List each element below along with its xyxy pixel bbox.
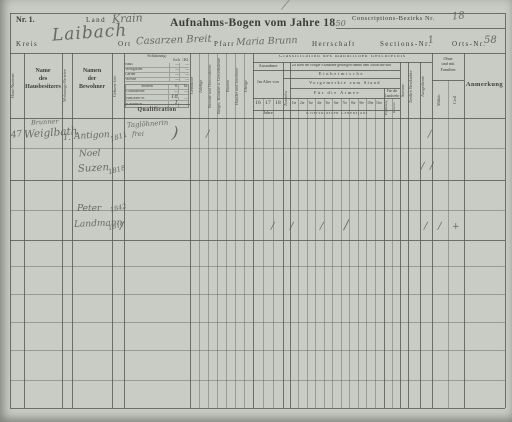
- column-header-hausbesitzer: Name des Hausbesitzers: [24, 68, 62, 91]
- schaetzung-row-v2: —: [179, 78, 189, 82]
- classification-note: Zu allen bei voriger Aufnahme gehörigen …: [284, 64, 399, 68]
- jahre-label: Jahre: [253, 111, 283, 116]
- entry-resident-2-name: Noel: [79, 150, 101, 160]
- entry-resident-1-name: Antigon: [74, 131, 110, 142]
- grid-line: [10, 380, 505, 381]
- grid-line: [217, 53, 218, 408]
- grid-line: [10, 13, 505, 14]
- section-number-label: Sections-Nr.: [380, 41, 432, 48]
- section-number-value: 1: [427, 36, 435, 47]
- armee-col-1: 1te: [290, 102, 298, 106]
- steuern-row-kr: —: [178, 90, 188, 94]
- orts-number-value: 58: [484, 36, 497, 46]
- pencil-check-mark: ∕: [282, 0, 290, 12]
- column-header-qualification: Qualification: [124, 108, 190, 114]
- grid-line: [199, 53, 200, 408]
- grid-line: [10, 148, 505, 149]
- grid-line: [253, 53, 254, 408]
- column-header-bauern: Bauern: [226, 56, 235, 116]
- vorgemerkte-band: Vorgemerkte zum Stand: [290, 81, 400, 85]
- column-header-haus-nr: Haus-Nummer: [11, 58, 23, 114]
- armee-footer: Altersklassen Lebensjahr: [290, 112, 384, 116]
- column-header-wohnparteien: Wohnungs-Parteien: [63, 58, 71, 114]
- steuern-title: Steuern: [126, 85, 168, 89]
- column-header-geburtsjahr: Geburts-Jahr: [113, 58, 123, 114]
- grid-line: [235, 53, 236, 408]
- entry-partei-number: 1.: [63, 134, 71, 143]
- grid-line: [208, 53, 209, 408]
- classification-title: Classification des männlichen Geschlecht…: [253, 55, 432, 60]
- grid-line: [298, 98, 299, 408]
- armee-band: Für die Armee: [290, 91, 384, 95]
- grid-line: [124, 104, 190, 105]
- entry-qualification-flourish: ): [171, 125, 179, 142]
- age-16: 16: [253, 101, 263, 107]
- grid-line: [408, 62, 409, 408]
- grid-line: [10, 294, 505, 295]
- column-header-ausgediente: Ausgediente: [421, 58, 431, 116]
- schaetzung-row-label: Weingärten: [125, 68, 169, 72]
- grid-line: [253, 70, 283, 71]
- grid-line: [10, 180, 505, 181]
- armee-col-2: 2te: [298, 102, 307, 106]
- age-17: 17: [263, 101, 273, 107]
- pfarr-label: Pfarr: [214, 41, 235, 48]
- family-col-militaer: Militär: [437, 84, 444, 116]
- schaetzung-row-v1: —: [169, 78, 179, 82]
- schaetzung-row-label: Wiesen: [125, 78, 169, 82]
- grid-line: [283, 70, 400, 71]
- tally-mark: ∕: [344, 219, 348, 232]
- grid-line: [10, 266, 505, 267]
- grid-line: [448, 80, 449, 408]
- landwehr-col-reserve: Reserve: [393, 99, 400, 117]
- tally-mark: ∕: [421, 162, 424, 172]
- ausnahme-title: Ausnahme: [253, 64, 283, 68]
- armee-col-10: 10te: [366, 102, 375, 106]
- landwehr-title: Für die Landwehr: [384, 89, 400, 98]
- schaetzung-row-label: Haus: [125, 63, 169, 67]
- grid-line: [464, 53, 465, 408]
- column-header-geistliche: Geistliche: [190, 56, 199, 116]
- tally-mark: ∕: [320, 222, 323, 232]
- grid-line: [384, 88, 385, 408]
- grid-line: [324, 98, 325, 408]
- grid-line: [315, 98, 316, 408]
- orts-number-label: Orts-Nr.: [452, 41, 486, 48]
- schaetzung-row-wiesen: Wiesen — —: [125, 78, 189, 83]
- herrschaft-label: Herrschaft: [312, 41, 356, 48]
- grid-line: [253, 110, 400, 111]
- form-title-year: 50: [336, 19, 346, 28]
- tally-mark: ∕: [424, 222, 427, 232]
- grid-line: [253, 62, 432, 63]
- steuern-row-label: Grundsteuer: [126, 90, 168, 94]
- grid-line: [10, 408, 505, 409]
- form-title: Aufnahms-Bogen vom Jahre 1850: [170, 13, 346, 31]
- family-col-civil: Civil: [453, 84, 460, 116]
- grid-line: [505, 13, 506, 408]
- grid-line: [283, 62, 284, 408]
- entry-qualification-line2: frei: [132, 131, 144, 138]
- grid-line: [283, 78, 400, 79]
- steuern-row-kr: —: [178, 97, 188, 101]
- sheet-number: Nr. 1.: [16, 16, 35, 24]
- grid-line: [10, 210, 505, 211]
- grid-line: [10, 350, 505, 351]
- grid-line: [432, 80, 464, 81]
- grid-line: [10, 322, 505, 323]
- column-header-uebrige: Übrige: [244, 56, 253, 116]
- grid-line: [366, 98, 367, 408]
- column-header-haeusler: Häusler und Inwohner: [235, 56, 244, 116]
- grid-line: [112, 53, 113, 408]
- einheimische-band: Einheimische: [283, 72, 400, 76]
- grid-line: [336, 28, 505, 29]
- grid-line: [392, 98, 393, 408]
- schaetzung-row-label: Gärten: [125, 73, 169, 77]
- grid-line: [375, 98, 376, 408]
- grid-line: [349, 98, 350, 408]
- plus-mark: +: [452, 223, 460, 232]
- column-header-bewohner: Namen der Bewohner: [72, 68, 112, 91]
- ort-value: Casarzen Breit: [136, 35, 212, 48]
- pfarr-value: Maria Brunn: [236, 36, 298, 48]
- grid-line: [290, 62, 291, 408]
- grid-line: [10, 240, 505, 241]
- grid-line: [253, 98, 400, 99]
- column-header-anmerkung: Anmerkung: [464, 82, 505, 89]
- grid-line: [263, 98, 264, 408]
- grid-line: [273, 98, 274, 408]
- grid-line: [24, 53, 25, 408]
- conscription-district-label: Conscriptions-Bezirks Nr.: [352, 16, 435, 23]
- grid-line: [10, 118, 505, 119]
- grid-line: [332, 98, 333, 408]
- grid-line: [432, 53, 433, 408]
- form-title-text: Aufnahms-Bogen vom Jahre 18: [170, 17, 336, 29]
- grid-line: [190, 53, 191, 408]
- entry-resident-3-name: Suzen: [78, 163, 109, 175]
- grid-line: [10, 53, 505, 54]
- column-header-buerger: Bürger, Künstler u. Gewerbsleute: [217, 56, 226, 116]
- grid-line: [226, 53, 227, 408]
- column-header-adelige: Adelige: [199, 56, 208, 116]
- grid-line: [62, 53, 63, 408]
- landwehr-col-ergaenzung: Ergänzung: [385, 99, 392, 117]
- grid-line: [307, 98, 308, 408]
- schaetzung-box: Schätzung: Joch □Kl. Haus — — Weingärten…: [125, 54, 189, 104]
- grid-line: [420, 62, 421, 408]
- tally-mark: ∕: [428, 130, 431, 140]
- tally-mark: ∕: [438, 222, 441, 232]
- grid-line: [124, 53, 125, 408]
- grid-line: [244, 53, 245, 408]
- entry-owner-line1: Brunner: [31, 118, 59, 126]
- ort-label: Ort: [118, 41, 132, 48]
- column-header-summe: Summe: [401, 66, 407, 116]
- column-header-beamte: Beamte und Honoratioren: [208, 56, 217, 116]
- family-group-title: Ohne und mit Familien: [432, 56, 464, 72]
- kreis-value: Laibach: [51, 22, 127, 44]
- armee-col-6: 6te: [332, 102, 341, 106]
- kreis-label: Kreis: [16, 41, 38, 48]
- steuern-row-label: Hauszins-St.: [126, 97, 168, 101]
- grid-line: [290, 88, 400, 89]
- grid-line: [400, 62, 401, 408]
- entry-house-number: 47: [10, 130, 23, 141]
- alter-von-label: Im Alter von: [253, 80, 283, 84]
- column-header-beurlaubte: Zeitlich Beurlaubte: [409, 58, 419, 116]
- armee-col-8: 8te: [349, 102, 358, 106]
- grid-line: [341, 98, 342, 408]
- grid-line: [72, 53, 73, 408]
- armee-col-4: 4te: [315, 102, 324, 106]
- age-18: 18: [273, 101, 283, 107]
- scanned-form-sheet: ∕ Nr. 1. Land Krain Aufnahms-Bogen vom J…: [0, 0, 512, 422]
- entry-qualification-line1: Taglöhnerin: [127, 120, 169, 130]
- grid-line: [358, 98, 359, 408]
